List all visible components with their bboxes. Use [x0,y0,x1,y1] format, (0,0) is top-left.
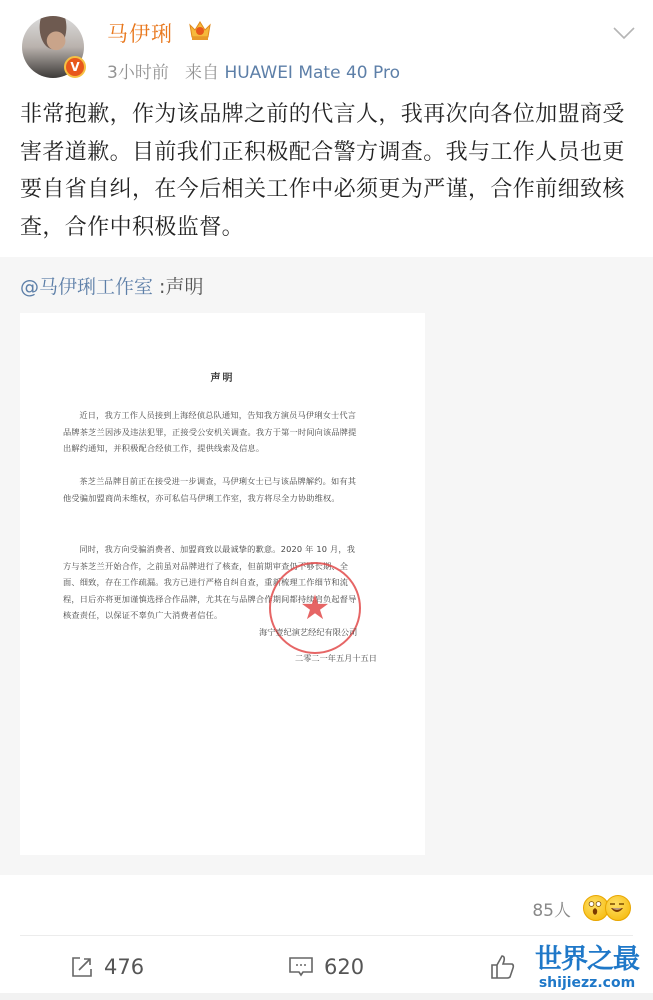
verified-badge-icon: V [64,56,86,78]
thumbs-up-icon [490,954,516,980]
post-text: 非常抱歉，作为该品牌之前的代言人，我再次向各位加盟商受害者道歉。目前我们正积极配… [20,96,636,246]
comment-icon [288,955,314,979]
reactions-summary[interactable]: 85人 [532,893,631,923]
source-prefix: 来自 [185,63,219,83]
repost-block[interactable]: @马伊琍工作室 :声明 声明 近日，我方工作人员接到上海经侦总队通知，告知我方演… [0,257,653,875]
device-link[interactable]: HUAWEI Mate 40 Pro [224,63,400,83]
like-button[interactable] [490,945,526,989]
crown-icon [188,19,212,41]
repost-header: @马伊琍工作室 :声明 [20,272,203,299]
repost-icon [70,955,94,979]
signature-date: 二零二一年五月十五日 [295,653,377,664]
reaction-count: 85人 [532,896,571,921]
seal-star-icon: ★ [295,588,335,628]
company-seal: ★ [269,562,361,654]
repost-suffix: :声明 [153,276,203,298]
repost-button[interactable]: 476 [70,945,144,989]
mention-link[interactable]: @马伊琍工作室 [20,276,153,298]
watermark-en: shijiezz.com [528,975,646,991]
timestamp: 3小时前 [107,63,169,83]
post-header: V 马伊琍 3小时前 来自 HUAWEI Mate 40 Pro [0,0,653,95]
repost-count: 476 [104,955,144,979]
statement-paragraph-2: 茶芝兰品牌目前正在接受进一步调查，马伊琍女士已与该品牌解约。如有其他受骗加盟商尚… [63,473,363,506]
chevron-down-icon[interactable] [613,26,635,40]
statement-title: 声明 [20,369,425,384]
watermark-cn: 世界之最 [528,945,646,975]
signature-company: 海宁壹纪演艺经纪有限公司 [259,627,357,638]
statement-image[interactable]: 声明 近日，我方工作人员接到上海经侦总队通知，告知我方演员马伊琍女士代言品牌茶芝… [20,313,425,855]
laughing-emoji-icon [605,895,631,921]
bottom-separator [0,993,653,1000]
comment-button[interactable]: 620 [288,945,364,989]
statement-paragraph-1: 近日，我方工作人员接到上海经侦总队通知，告知我方演员马伊琍女士代言品牌茶芝兰因涉… [63,407,363,457]
site-watermark: 世界之最 shijiezz.com [528,945,646,993]
username[interactable]: 马伊琍 [107,18,173,48]
comment-count: 620 [324,955,364,979]
post-meta: 3小时前 来自 HUAWEI Mate 40 Pro [107,58,400,83]
divider [20,935,633,936]
